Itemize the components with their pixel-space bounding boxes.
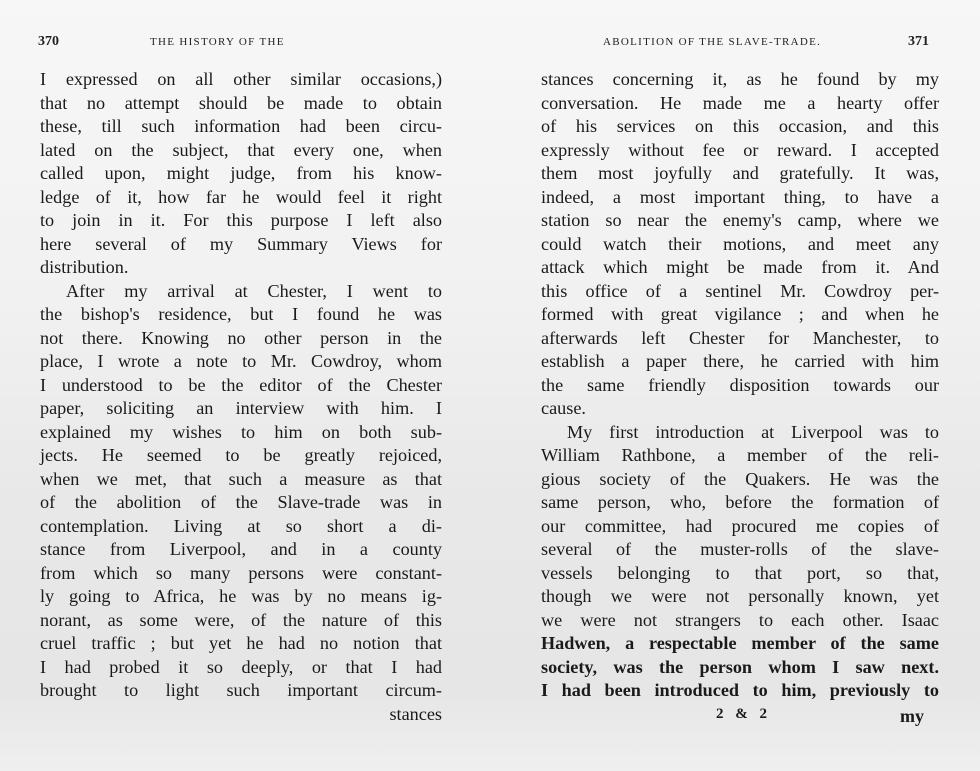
text-line: not there. Knowing no other person in th… xyxy=(40,327,442,351)
text-line: ledge of it, how far he would feel it ri… xyxy=(40,186,442,210)
text-line: of the abolition of the Slave-trade was … xyxy=(40,491,442,515)
text-line: these, till such information had been ci… xyxy=(40,115,442,139)
text-line: I expressed on all other similar occasio… xyxy=(40,68,442,92)
page-number: 370 xyxy=(38,34,59,50)
text-line: station so near the enemy's camp, where … xyxy=(541,209,939,233)
text-line: of his services on this occasion, and th… xyxy=(541,115,939,139)
text-line: them most joyfully and gratefully. It wa… xyxy=(541,162,939,186)
text-line: could watch their motions, and meet any xyxy=(541,233,939,257)
catchword: stances xyxy=(40,703,442,727)
text-line: gious society of the Quakers. He was the xyxy=(541,468,939,492)
paragraph-start-line: After my arrival at Chester, I went to xyxy=(40,280,442,304)
text-line: place, I wrote a note to Mr. Cowdroy, wh… xyxy=(40,350,442,374)
text-line: attack which might be made from it. And xyxy=(541,256,939,280)
catchword: my xyxy=(900,706,924,727)
paragraph-start-line: My first introduction at Liverpool was t… xyxy=(541,421,939,445)
text-line: society, was the person whom I saw next. xyxy=(541,656,939,680)
text-line: lated on the subject, that every one, wh… xyxy=(40,139,442,163)
text-line: though we were not personally known, yet xyxy=(541,585,939,609)
text-line: formed with great vigilance ; and when h… xyxy=(541,303,939,327)
text-line: called upon, might judge, from his know- xyxy=(40,162,442,186)
text-line: the same friendly disposition towards ou… xyxy=(541,374,939,398)
right-page: ABOLITION OF THE SLAVE-TRADE. 371 stance… xyxy=(490,0,980,771)
text-line: expressly without fee or reward. I accep… xyxy=(541,139,939,163)
text-line: paper, soliciting an interview with him.… xyxy=(40,397,442,421)
text-line: our committee, had procured me copies of xyxy=(541,515,939,539)
text-line: contemplation. Living at so short a di- xyxy=(40,515,442,539)
text-line: stances concerning it, as he found by my xyxy=(541,68,939,92)
text-line: I had been introduced to him, previously… xyxy=(541,679,939,703)
text-line: when we met, that such a measure as that xyxy=(40,468,442,492)
text-line: to join in it. For this purpose I left a… xyxy=(40,209,442,233)
text-line: William Rathbone, a member of the reli- xyxy=(541,444,939,468)
text-line: that no attempt should be made to obtain xyxy=(40,92,442,116)
page-number: 371 xyxy=(908,34,929,50)
text-line: afterwards left Chester for Manchester, … xyxy=(541,327,939,351)
body-text: stances concerning it, as he found by my… xyxy=(541,68,939,703)
text-line: I understood to be the editor of the Che… xyxy=(40,374,442,398)
body-text: I expressed on all other similar occasio… xyxy=(40,68,442,726)
text-line: brought to light such important circum- xyxy=(40,679,442,703)
text-line: from which so many persons were constant… xyxy=(40,562,442,586)
text-line: conversation. He made me a hearty offer xyxy=(541,92,939,116)
text-line: the bishop's residence, but I found he w… xyxy=(40,303,442,327)
text-line: several of the muster-rolls of the slave… xyxy=(541,538,939,562)
left-page: 370 THE HISTORY OF THE I expressed on al… xyxy=(0,0,490,771)
text-line: distribution. xyxy=(40,256,442,280)
text-line: cause. xyxy=(541,397,939,421)
text-line: we were not strangers to each other. Isa… xyxy=(541,609,939,633)
book-spread: 370 THE HISTORY OF THE I expressed on al… xyxy=(0,0,980,771)
running-head: ABOLITION OF THE SLAVE-TRADE. xyxy=(603,36,821,48)
text-line: indeed, a most important thing, to have … xyxy=(541,186,939,210)
text-line: Hadwen, a respectable member of the same xyxy=(541,632,939,656)
text-line: jects. He seemed to be greatly rejoiced, xyxy=(40,444,442,468)
text-line: same person, who, before the formation o… xyxy=(541,491,939,515)
text-line: establish a paper there, he carried with… xyxy=(541,350,939,374)
signature-mark: 2 & 2 xyxy=(716,706,771,723)
text-line: stance from Liverpool, and in a county xyxy=(40,538,442,562)
text-line: ly going to Africa, he was by no means i… xyxy=(40,585,442,609)
text-line: here several of my Summary Views for xyxy=(40,233,442,257)
text-line: norant, as some were, of the nature of t… xyxy=(40,609,442,633)
text-line: this office of a sentinel Mr. Cowdroy pe… xyxy=(541,280,939,304)
text-line: cruel traffic ; but yet he had no notion… xyxy=(40,632,442,656)
text-line: explained my wishes to him on both sub- xyxy=(40,421,442,445)
text-line: vessels belonging to that port, so that, xyxy=(541,562,939,586)
text-line: I had probed it so deeply, or that I had xyxy=(40,656,442,680)
running-head: THE HISTORY OF THE xyxy=(150,36,285,48)
